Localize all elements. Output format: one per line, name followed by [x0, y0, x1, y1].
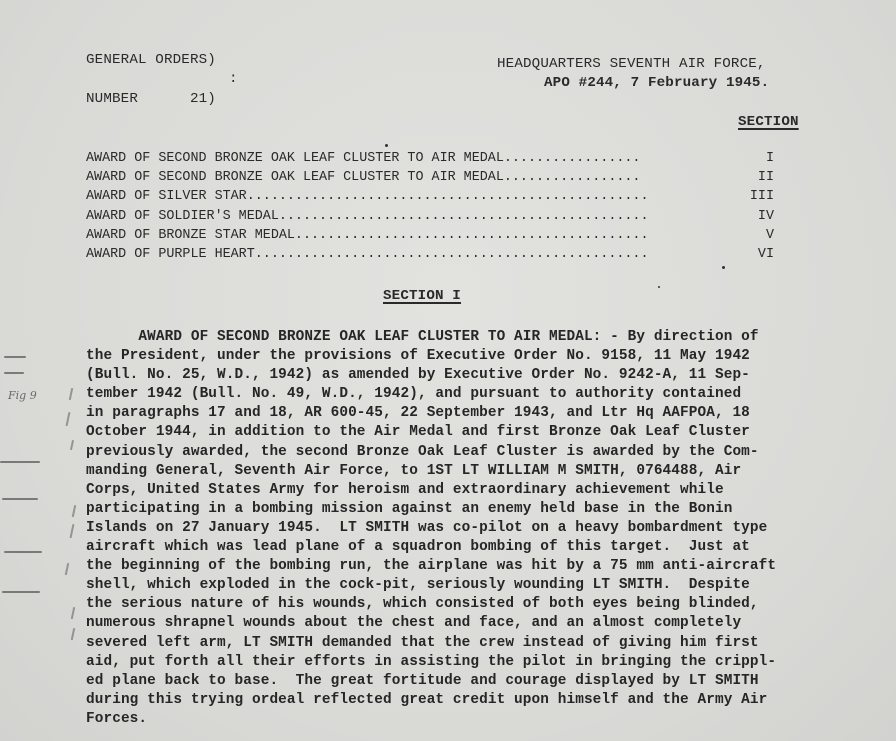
toc-label: AWARD OF BRONZE STAR MEDAL..............…: [86, 226, 649, 245]
toc-section-number: I: [766, 149, 774, 168]
margin-pen-stroke: [0, 461, 40, 463]
header-colon: :: [229, 70, 238, 89]
body-text-line: the beginning of the bombing run, the ai…: [86, 557, 846, 576]
margin-tick-mark: [69, 388, 73, 400]
toc-row: AWARD OF SECOND BRONZE OAK LEAF CLUSTER …: [86, 149, 786, 168]
toc-section-heading: SECTION: [738, 113, 799, 132]
ink-speck: [385, 144, 388, 147]
margin-pen-stroke: [4, 551, 42, 553]
body-text-line: Islands on 27 January 1945. LT SMITH was…: [86, 519, 846, 538]
headquarters-line: HEADQUARTERS SEVENTH AIR FORCE,: [497, 55, 766, 74]
toc-row: AWARD OF SOLDIER'S MEDAL................…: [86, 207, 786, 226]
table-of-contents: AWARD OF SECOND BRONZE OAK LEAF CLUSTER …: [86, 149, 786, 264]
toc-row: AWARD OF BRONZE STAR MEDAL..............…: [86, 226, 786, 245]
body-text-line: tember 1942 (Bull. No. 49, W.D., 1942), …: [86, 385, 846, 404]
margin-tick-mark: [70, 440, 74, 450]
body-text-line: participating in a bombing mission again…: [86, 500, 846, 519]
margin-handwritten-note: Fig 9: [8, 389, 37, 402]
toc-section-number: V: [766, 226, 774, 245]
body-text-line: previously awarded, the second Bronze Oa…: [86, 443, 846, 462]
margin-pen-stroke: [2, 591, 40, 593]
section-1-title: SECTION I: [383, 287, 461, 306]
margin-tick-mark: [72, 505, 76, 517]
body-text-line: Corps, United States Army for heroism an…: [86, 481, 846, 500]
margin-tick-mark: [66, 412, 70, 426]
margin-tick-mark: [70, 524, 74, 538]
toc-label: AWARD OF SILVER STAR....................…: [86, 187, 649, 206]
general-orders-label: GENERAL ORDERS): [86, 51, 216, 70]
margin-tick-mark: [71, 607, 75, 619]
body-text-line: in paragraphs 17 and 18, AR 600-45, 22 S…: [86, 404, 846, 423]
toc-section-number: VI: [758, 245, 774, 264]
ink-speck: [658, 286, 660, 288]
body-text-line: shell, which exploded in the cock-pit, s…: [86, 576, 846, 595]
toc-label: AWARD OF PURPLE HEART...................…: [86, 245, 649, 264]
body-text-line: numerous shrapnel wounds about the chest…: [86, 614, 846, 633]
margin-pen-stroke: [4, 372, 24, 374]
toc-row: AWARD OF SECOND BRONZE OAK LEAF CLUSTER …: [86, 168, 786, 187]
toc-row: AWARD OF PURPLE HEART...................…: [86, 245, 786, 264]
toc-section-number: III: [750, 187, 774, 206]
toc-label: AWARD OF SECOND BRONZE OAK LEAF CLUSTER …: [86, 149, 640, 168]
body-text-line: manding General, Seventh Air Force, to 1…: [86, 462, 846, 481]
margin-tick-mark: [65, 563, 69, 575]
body-text-line: AWARD OF SECOND BRONZE OAK LEAF CLUSTER …: [86, 328, 846, 347]
toc-label: AWARD OF SECOND BRONZE OAK LEAF CLUSTER …: [86, 168, 640, 187]
body-text-line: aircraft which was lead plane of a squad…: [86, 538, 846, 557]
body-text-line: (Bull. No. 25, W.D., 1942) as amended by…: [86, 366, 846, 385]
body-text-line: October 1944, in addition to the Air Med…: [86, 423, 846, 442]
scanned-document-page: GENERAL ORDERS) : NUMBER 21) HEADQUARTER…: [0, 0, 896, 741]
body-text-line: the President, under the provisions of E…: [86, 347, 846, 366]
body-text-line: aid, put forth all their efforts in assi…: [86, 653, 846, 672]
section-1-body: AWARD OF SECOND BRONZE OAK LEAF CLUSTER …: [86, 328, 846, 729]
general-orders-number: NUMBER 21): [86, 90, 216, 109]
body-text-line: ed plane back to base. The great fortitu…: [86, 672, 846, 691]
body-text-line: severed left arm, LT SMITH demanded that…: [86, 634, 846, 653]
body-text-line: during this trying ordeal reflected grea…: [86, 691, 846, 710]
toc-label: AWARD OF SOLDIER'S MEDAL................…: [86, 207, 649, 226]
margin-pen-stroke: [2, 498, 38, 500]
margin-pen-stroke: [4, 356, 26, 358]
apo-date-line: APO #244, 7 February 1945.: [544, 74, 769, 93]
ink-speck: [722, 266, 725, 269]
body-text-line: the serious nature of his wounds, which …: [86, 595, 846, 614]
toc-section-number: IV: [758, 207, 774, 226]
margin-tick-mark: [71, 628, 75, 640]
body-text-line: Forces.: [86, 710, 846, 729]
toc-section-number: II: [758, 168, 774, 187]
toc-row: AWARD OF SILVER STAR....................…: [86, 187, 786, 206]
